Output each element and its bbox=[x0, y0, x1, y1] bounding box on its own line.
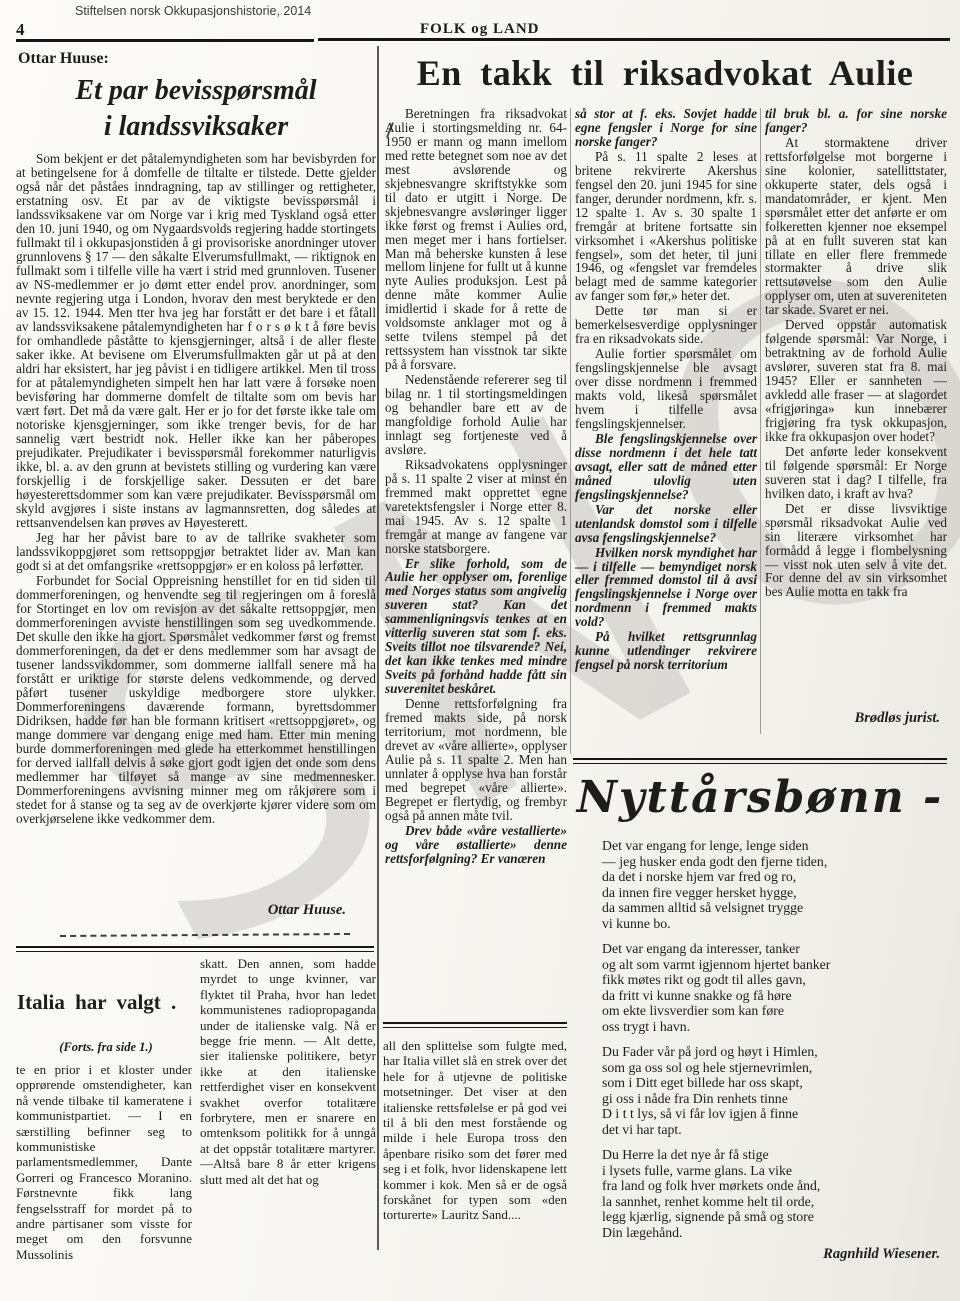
poem-stanza: Du Herre la det nye år få stigei lysets … bbox=[602, 1147, 940, 1240]
aulie-headline: En takk til riksadvokat Aulie bbox=[383, 52, 947, 94]
left-bottom-rule bbox=[16, 946, 374, 952]
left-article-title-line1: Et par bevisspørsmål bbox=[16, 74, 376, 108]
aulie-paragraph: Aulie fortier spørsmålet om fengslingskj… bbox=[575, 347, 757, 431]
poem-stanza: Det var engang for lenge, lenge siden— j… bbox=[602, 838, 940, 931]
aulie-col3: til bruk bl. a. for sine norske fanger?A… bbox=[765, 107, 947, 707]
masthead: FOLK og LAND bbox=[420, 21, 540, 38]
nyttarsbonn-title: Nyttårsbønn - bbox=[573, 772, 947, 823]
italia-paragraph: skatt. Den annen, som hadde myrdet to un… bbox=[200, 956, 376, 1187]
italia-paragraph: all den splittelse som fulgte med, har I… bbox=[383, 1038, 567, 1223]
aulie-paragraph: Dette tør man si er bemerkelsesverdige o… bbox=[575, 304, 757, 346]
poem-stanza: Du Fader vår på jord og høyt i Himlen,so… bbox=[602, 1044, 940, 1137]
aulie-col2: så stor at f. eks. Sovjet hadde egne fen… bbox=[575, 107, 757, 757]
header-rule-left bbox=[16, 39, 314, 42]
left-article-title-line2: i landssviksaker bbox=[16, 110, 376, 144]
aulie-paragraph: Ble fengslingskjennelse over disse nordm… bbox=[575, 432, 757, 502]
italia-continuation-note: (Forts. fra side 1.) bbox=[16, 1040, 196, 1055]
aulie-paragraph: Var det norske eller utenlandsk domstol … bbox=[575, 503, 757, 545]
aulie-paragraph: Er slike forhold, som de Aulie her opply… bbox=[385, 557, 567, 697]
italia-col1: te en prior i et kloster under opprørend… bbox=[16, 1062, 192, 1262]
left-article-body: Som bekjent er det påtalemyndigheten som… bbox=[16, 152, 376, 900]
aulie-paragraph: Riksadvokatens opplysninger på s. 11 spa… bbox=[385, 458, 567, 556]
aulie-paragraph: Derved oppstår automatisk følgende spørs… bbox=[765, 318, 947, 444]
column-rule-main bbox=[377, 46, 379, 1250]
aulie-paragraph: På hvilket rettsgrunnlag kunne utlending… bbox=[575, 630, 757, 672]
nyttarsbonn-top-rule bbox=[573, 758, 947, 764]
aulie-paragraph: så stor at f. eks. Sovjet hadde egne fen… bbox=[575, 107, 757, 149]
aulie-paragraph: På s. 11 spalte 2 leses at britene rekvi… bbox=[575, 150, 757, 303]
aulie-col1: Beretningen fra riksadvokat Aulie i stor… bbox=[385, 107, 567, 1017]
pen-squiggle bbox=[60, 933, 350, 937]
left-article-signature: Ottar Huuse. bbox=[16, 902, 346, 919]
page-number: 4 bbox=[16, 20, 25, 40]
aulie-paragraph: Drev både «våre vestallierte» og våre øs… bbox=[385, 824, 567, 866]
column-rule-aulie-1 bbox=[570, 108, 571, 754]
aulie-paragraph: At stormaktene driver rettsforfølgelse m… bbox=[765, 136, 947, 317]
italia-headline: Italia har valgt . bbox=[17, 990, 202, 1015]
nyttarsbonn-signature: Ragnhild Wiesener. bbox=[602, 1246, 940, 1263]
aulie-paragraph: Beretningen fra riksadvokat Aulie i stor… bbox=[385, 107, 567, 372]
aulie-paragraph: Det anførte leder konsekvent til følgend… bbox=[765, 445, 947, 501]
aulie-signature: Brødløs jurist. bbox=[765, 710, 940, 727]
aulie-paragraph: Hvilken norsk myndighet har — i tilfelle… bbox=[575, 546, 757, 630]
left-article-paragraph: Forbundet for Social Oppreisning henstil… bbox=[16, 574, 376, 826]
italia-paragraph: te en prior i et kloster under opprørend… bbox=[16, 1062, 192, 1262]
aulie-paragraph: Nedenstående refererer seg til bilag nr.… bbox=[385, 373, 567, 457]
newspaper-page: SNO Stiftelsen norsk Okkupasjonshistorie… bbox=[0, 0, 960, 1301]
nyttarsbonn-poem: Det var engang for lenge, lenge siden— j… bbox=[602, 838, 940, 1246]
aulie-paragraph: Denne rettsforfølgning fra fremed makts … bbox=[385, 697, 567, 823]
scan-credit: Stiftelsen norsk Okkupasjonshistorie, 20… bbox=[75, 4, 311, 18]
left-article-paragraph: Jeg har her påvist bare to av de tallrik… bbox=[16, 531, 376, 573]
italia-col3: all den splittelse som fulgte med, har I… bbox=[383, 1038, 567, 1296]
aulie-paragraph: Det er disse livsviktige spørsmål riksad… bbox=[765, 502, 947, 600]
left-article-paragraph: Som bekjent er det påtalemyndigheten som… bbox=[16, 152, 376, 530]
column-rule-aulie-2 bbox=[760, 108, 761, 734]
italia-col2: skatt. Den annen, som hadde myrdet to un… bbox=[200, 956, 376, 1256]
italia-col3-top-rule bbox=[383, 1022, 567, 1028]
left-article-byline: Ottar Huuse: bbox=[18, 50, 109, 68]
poem-stanza: Det var engang da interesser, tankerog a… bbox=[602, 941, 940, 1034]
aulie-paragraph: til bruk bl. a. for sine norske fanger? bbox=[765, 107, 947, 135]
header-rule-right bbox=[318, 38, 950, 41]
